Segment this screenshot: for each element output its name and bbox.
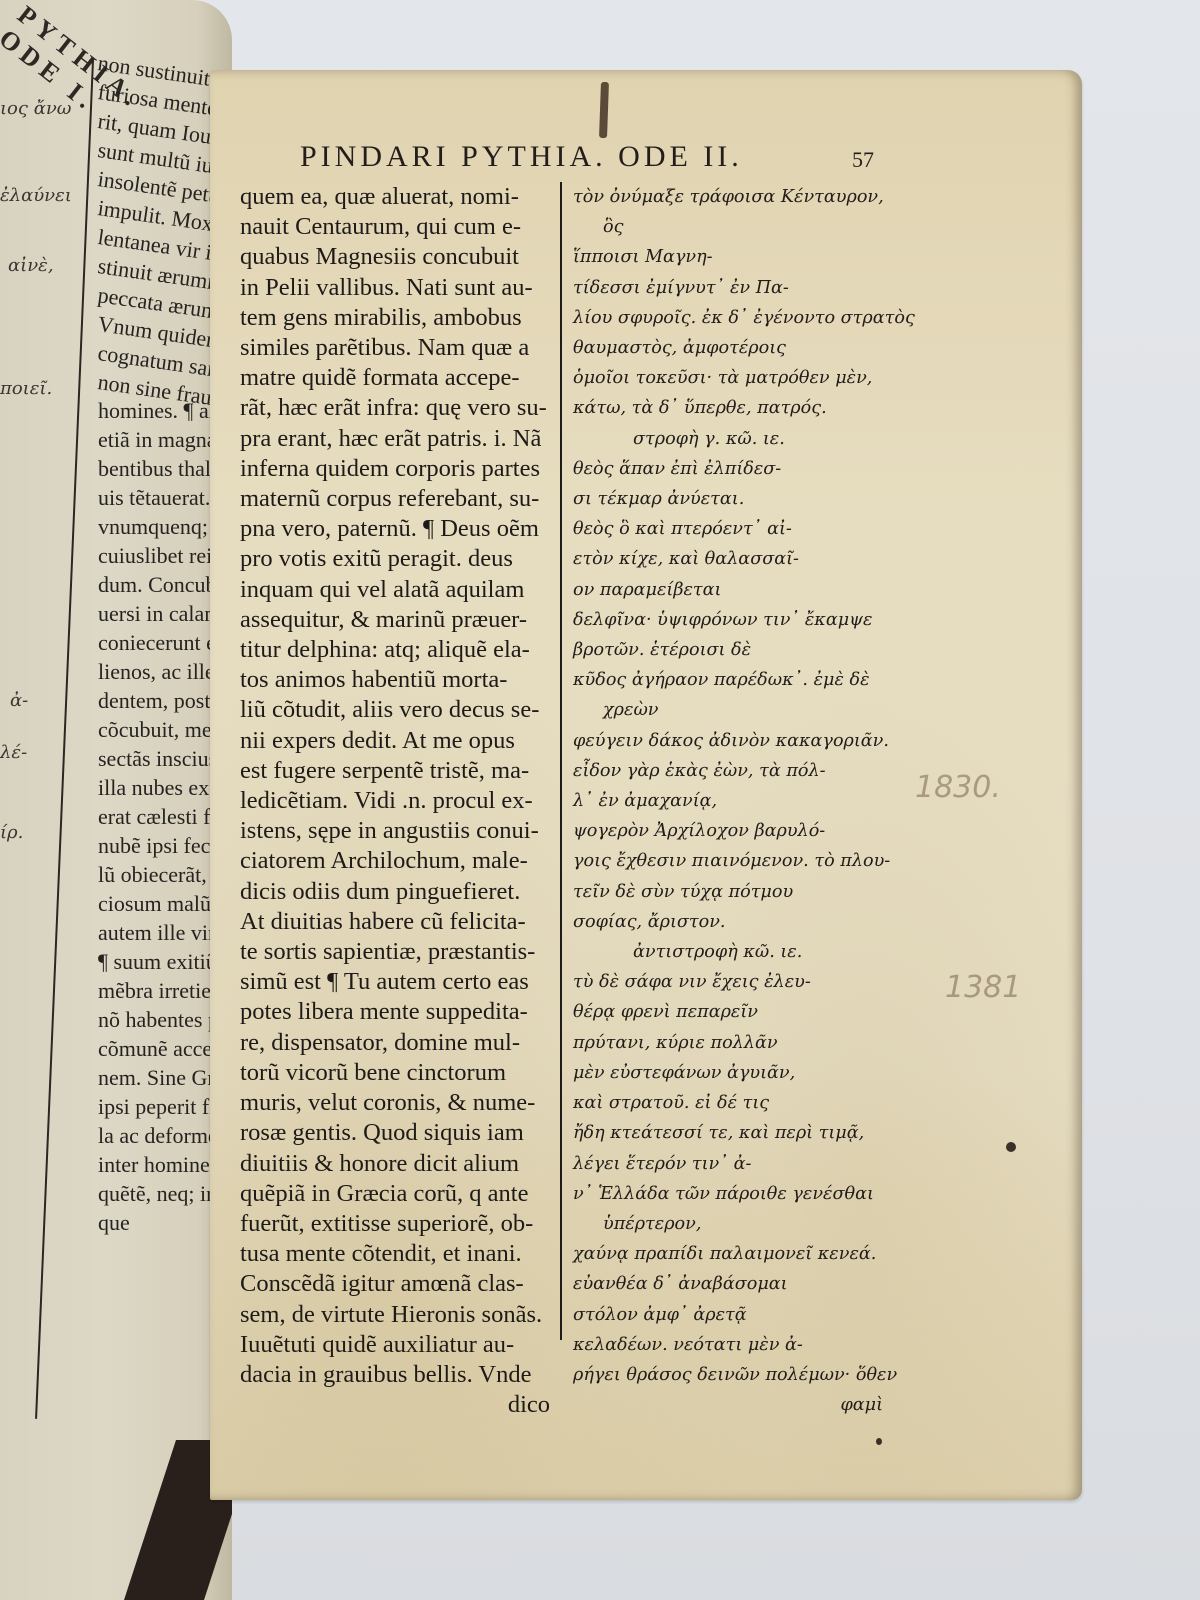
latin-line: fuerũt, extitisse superiorẽ, ob- (240, 1209, 550, 1239)
latin-line: pra erant, hæc erãt patris. i. Nã (240, 424, 550, 454)
greek-line: ἤδη κτεάτεσσί τε, καὶ περὶ τιμᾷ, (573, 1118, 913, 1148)
left-margin-greek-1: ιος ἄνω (0, 98, 71, 119)
greek-line: κελαδέων. νεότατι μὲν ἀ- (573, 1330, 913, 1360)
latin-line: quem ea, quæ aluerat, nomi- (240, 182, 550, 212)
latin-line: simũ est ¶ Tu autem certo eas (240, 967, 550, 997)
latin-line: tos animos habentiũ morta- (240, 665, 550, 695)
latin-line: Conscẽdã igitur amœnã clas- (240, 1269, 550, 1299)
page-number: 57 (852, 147, 874, 173)
running-head: PINDARI PYTHIA. ODE II. (300, 140, 900, 174)
greek-line: θεὸς ἅπαν ἐπὶ ἐλπίδεσ- (573, 454, 913, 484)
column-rule (560, 182, 562, 1340)
greek-line: βροτῶν. ἑτέροισι δὲ (573, 635, 913, 665)
latin-line: in Pelii vallibus. Nati sunt au- (240, 273, 550, 303)
latin-line: maternũ corpus referebant, su- (240, 484, 550, 514)
latin-line: assequitur, & marinũ præuer- (240, 605, 550, 635)
latin-line: rãt, hæc erãt infra: quę vero su- (240, 393, 550, 423)
latin-line: quabus Magnesiis concubuit (240, 242, 550, 272)
greek-line: στροφὴ γ. κῶ. ιε. (573, 424, 913, 454)
left-margin-greek-2: ἐλαύνει (0, 185, 72, 206)
latin-line: pro votis exitũ peragit. deus (240, 544, 550, 574)
latin-column: quem ea, quæ aluerat, nomi-nauit Centaur… (240, 182, 550, 1420)
latin-line: ciatorem Archilochum, male- (240, 846, 550, 876)
pencil-note-1: 1830. (915, 770, 1001, 805)
greek-line: θέρᾳ φρενὶ πεπαρεῖν (573, 997, 913, 1027)
greek-line: στόλον ἀμφ᾽ ἀρετᾷ (573, 1300, 913, 1330)
greek-line: τὺ δὲ σάφα νιν ἔχεις ἐλευ- (573, 967, 913, 997)
latin-line: sem, de virtute Hieronis sonãs. (240, 1300, 550, 1330)
greek-line: γοις ἔχθεσιν πιαινόμενον. τὸ πλου- (573, 846, 913, 876)
latin-line: muris, velut coronis, & nume- (240, 1088, 550, 1118)
left-margin-greek-4: ποιεῖ. (0, 378, 52, 399)
pencil-note-2: 1381 (945, 970, 1021, 1005)
greek-line: ετὸν κίχε, καὶ θαλασσαῖ- (573, 544, 913, 574)
latin-line: dacia in grauibus bellis. Vnde (240, 1360, 550, 1390)
greek-line: χρεὼν (573, 695, 913, 725)
latin-line: re, dispensator, domine mul- (240, 1028, 550, 1058)
latin-line: liũ cõtudit, aliis vero decus se- (240, 695, 550, 725)
latin-line: te sortis sapientiæ, præstantis- (240, 937, 550, 967)
left-margin-greek-5: ἀ- (10, 690, 28, 711)
latin-line: est fugere serpentẽ tristẽ, ma- (240, 756, 550, 786)
latin-line: quẽpiã in Græcia corũ, q ante (240, 1179, 550, 1209)
latin-line: nii expers dedit. At me opus (240, 726, 550, 756)
greek-line: δελφῖνα· ὑψιφρόνων τιν᾽ ἔκαμψε (573, 605, 913, 635)
greek-line: κάτω, τὰ δ᾽ ὕπερθε, πατρός. (573, 393, 913, 423)
greek-line: λέγει ἕτερόν τιν᾽ ἀ- (573, 1149, 913, 1179)
greek-line: ἀντιστροφὴ κῶ. ιε. (573, 937, 913, 967)
greek-line: μὲν εὐστεφάνων ἀγυιᾶν, (573, 1058, 913, 1088)
latin-line: nauit Centaurum, qui cum e- (240, 212, 550, 242)
latin-line: titur delphina: atq; aliquẽ ela- (240, 635, 550, 665)
greek-line: εὐανθέα δ᾽ ἀναβάσομαι (573, 1269, 913, 1299)
latin-line: diuitiis & honore dicit alium (240, 1149, 550, 1179)
greek-line: θαυμαστὸς, ἀμφοτέροις (573, 333, 913, 363)
latin-line: tusa mente cõtendit, et inani. (240, 1239, 550, 1269)
latin-line: istens, sępe in angustiis conui- (240, 816, 550, 846)
latin-line: inferna quidem corporis partes (240, 454, 550, 484)
greek-column: τὸν ὀνύμαξε τράφοισα Κένταυρον,ὃςἵπποισι… (573, 182, 913, 1420)
greek-line: λ᾽ ἐν ἀμαχανίᾳ, (573, 786, 913, 816)
greek-line: ον παραμείβεται (573, 575, 913, 605)
greek-line: τεῖν δὲ σὺν τύχᾳ πότμου (573, 877, 913, 907)
greek-line: σοφίας, ἄριστον. (573, 907, 913, 937)
latin-line: At diuitias habere cũ felicita- (240, 907, 550, 937)
greek-line: ἵπποισι Μαγνη- (573, 242, 913, 272)
latin-line: matre quidẽ formata accepe- (240, 363, 550, 393)
latin-line: similes parẽtibus. Nam quæ a (240, 333, 550, 363)
left-page: PYTHIA. ODE I. ιος ἄνω ἐλαύνει αἰνὲ, ποι… (0, 0, 232, 1600)
greek-line: χαύνᾳ πραπίδι παλαιμονεῖ κενεά. (573, 1239, 913, 1269)
greek-line: ρήγει θράσος δεινῶν πολέμων· ὅθεν (573, 1360, 913, 1390)
greek-line: τίδεσσι ἐμίγνυτ᾽ ἐν Πα- (573, 273, 913, 303)
greek-line: εἶδον γὰρ ἑκὰς ἐὼν, τὰ πόλ- (573, 756, 913, 786)
ink-spot (876, 1438, 882, 1445)
greek-line: σι τέκμαρ ἀνύεται. (573, 484, 913, 514)
greek-line: ψογερὸν Ἀρχίλοχον βαρυλό- (573, 816, 913, 846)
latin-line: rosæ gentis. Quod siquis iam (240, 1118, 550, 1148)
latin-line: inquam qui vel alatã aquilam (240, 575, 550, 605)
latin-line: dico (240, 1390, 550, 1420)
greek-line: καὶ στρατοῦ. εἰ δέ τις (573, 1088, 913, 1118)
greek-line: ὑπέρτερον, (573, 1209, 913, 1239)
latin-line: tem gens mirabilis, ambobus (240, 303, 550, 333)
left-margin-greek-6: λέ- (0, 742, 27, 763)
wormhole (1006, 1142, 1016, 1152)
latin-line: pna vero, paternũ. ¶ Deus oẽm (240, 514, 550, 544)
greek-line: θεὸς ὃ καὶ πτερόεντ᾽ αἰ- (573, 514, 913, 544)
greek-line: ὃς (573, 212, 913, 242)
greek-line: ὁμοῖοι τοκεῦσι· τὰ ματρόθεν μὲν, (573, 363, 913, 393)
left-margin-greek-7: ίρ. (0, 822, 23, 843)
greek-line: λίου σφυροῖς. ἐκ δ᾽ ἐγένοντο στρατὸς (573, 303, 913, 333)
latin-line: dicis odiis dum pinguefieret. (240, 877, 550, 907)
greek-line: κῦδος ἀγήραον παρέδωκ᾽. ἐμὲ δὲ (573, 665, 913, 695)
latin-line: potes libera mente suppedita- (240, 997, 550, 1027)
greek-line: ν᾽ Ἑλλάδα τῶν πάροιθε γενέσθαι (573, 1179, 913, 1209)
greek-line: φεύγειν δάκος ἀδινὸν κακαγοριᾶν. (573, 726, 913, 756)
greek-line: πρύτανι, κύριε πολλᾶν (573, 1028, 913, 1058)
latin-line: ledicẽtiam. Vidi .n. procul ex- (240, 786, 550, 816)
latin-line: Iuuẽtuti quidẽ auxiliatur au- (240, 1330, 550, 1360)
greek-line: τὸν ὀνύμαξε τράφοισα Κένταυρον, (573, 182, 913, 212)
left-margin-greek-3: αἰνὲ, (8, 255, 54, 276)
greek-line: φαμὶ (573, 1390, 913, 1420)
latin-line: torũ vicorũ bene cinctorum (240, 1058, 550, 1088)
